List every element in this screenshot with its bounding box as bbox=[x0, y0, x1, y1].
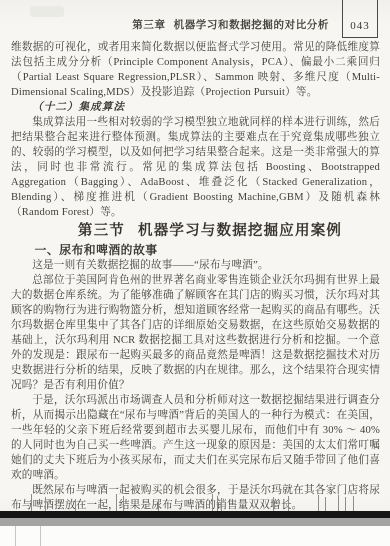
running-header: 第三章机器学习和数据挖掘的对比分析 043 bbox=[11, 0, 379, 40]
paragraph-dimensionality: 维数据的可视化，或者用来简化数据以便监督式学习使用。常见的降低维度算法包括主成分… bbox=[11, 40, 380, 100]
scan-artifact-tick bbox=[158, 499, 159, 511]
scan-artifact-tick bbox=[288, 496, 289, 511]
scan-artifact-tick bbox=[273, 497, 274, 511]
scanner-background bbox=[0, 526, 390, 546]
scan-artifact-tick bbox=[31, 494, 32, 511]
story-paragraph: 这是一则有关数据挖掘的故事——“尿布与啤酒”。 bbox=[11, 258, 380, 273]
chapter-title: 机器学习和数据挖掘的对比分析 bbox=[174, 20, 329, 31]
scan-artifact-tick bbox=[123, 496, 124, 511]
subsection-title: 一、尿布和啤酒的故事 bbox=[11, 242, 380, 258]
scan-artifact-line bbox=[15, 526, 16, 546]
scanned-book-page: { "header": { "chapter_label": "第三章", "c… bbox=[0, 0, 390, 546]
scan-artifact-tick bbox=[45, 497, 46, 511]
scan-artifact-tick bbox=[338, 495, 339, 511]
scan-artifact-tick bbox=[221, 498, 222, 511]
scan-artifact-tick bbox=[116, 494, 117, 511]
page-edge-band-black bbox=[0, 511, 390, 518]
body-content: 维数据的可视化，或者用来简化数据以便监督式学习使用。常见的降低维度算法包括主成分… bbox=[11, 40, 380, 513]
scan-artifact-tick bbox=[217, 496, 218, 511]
list-heading-ensemble: （十二）集成算法 bbox=[11, 100, 380, 115]
scan-artifact-tick bbox=[212, 494, 213, 511]
page-number-box: 043 bbox=[342, 0, 378, 38]
scan-artifact-tick bbox=[75, 499, 76, 511]
section-title: 第三节机器学习与数据挖掘应用案例 bbox=[11, 220, 380, 242]
story-paragraph: 总部位于美国阿肯色州的世界著名商业零售连锁企业沃尔玛拥有世界上最大的数据仓库系统… bbox=[11, 273, 380, 393]
running-header-title: 第三章机器学习和数据挖掘的对比分析 bbox=[132, 17, 329, 32]
story-paragraph: 于是，沃尔玛派出市场调查人员和分析师对这一数据挖掘结果进行调查分析，从而揭示出隐… bbox=[11, 393, 380, 483]
paragraph-ensemble: 集成算法用一些相对较弱的学习模型独立地就同样的样本进行训练，然后把结果整合起来进… bbox=[11, 115, 380, 220]
page-background: 第三章机器学习和数据挖掘的对比分析 043 维数据的可视化，或者用来简化数据以便… bbox=[0, 0, 390, 511]
chapter-label: 第三章 bbox=[132, 20, 165, 31]
scan-artifact-tick bbox=[325, 497, 326, 511]
scan-artifact-tick bbox=[318, 495, 319, 511]
scan-artifact-tick bbox=[353, 496, 354, 511]
section-name: 机器学习与数据挖掘应用案例 bbox=[138, 223, 342, 239]
section-label: 第三节 bbox=[78, 223, 125, 239]
scan-artifact-line bbox=[40, 526, 41, 546]
scan-artifact-tick bbox=[345, 497, 346, 511]
page-number: 043 bbox=[350, 20, 370, 32]
page-edge-band-gray bbox=[0, 518, 390, 526]
